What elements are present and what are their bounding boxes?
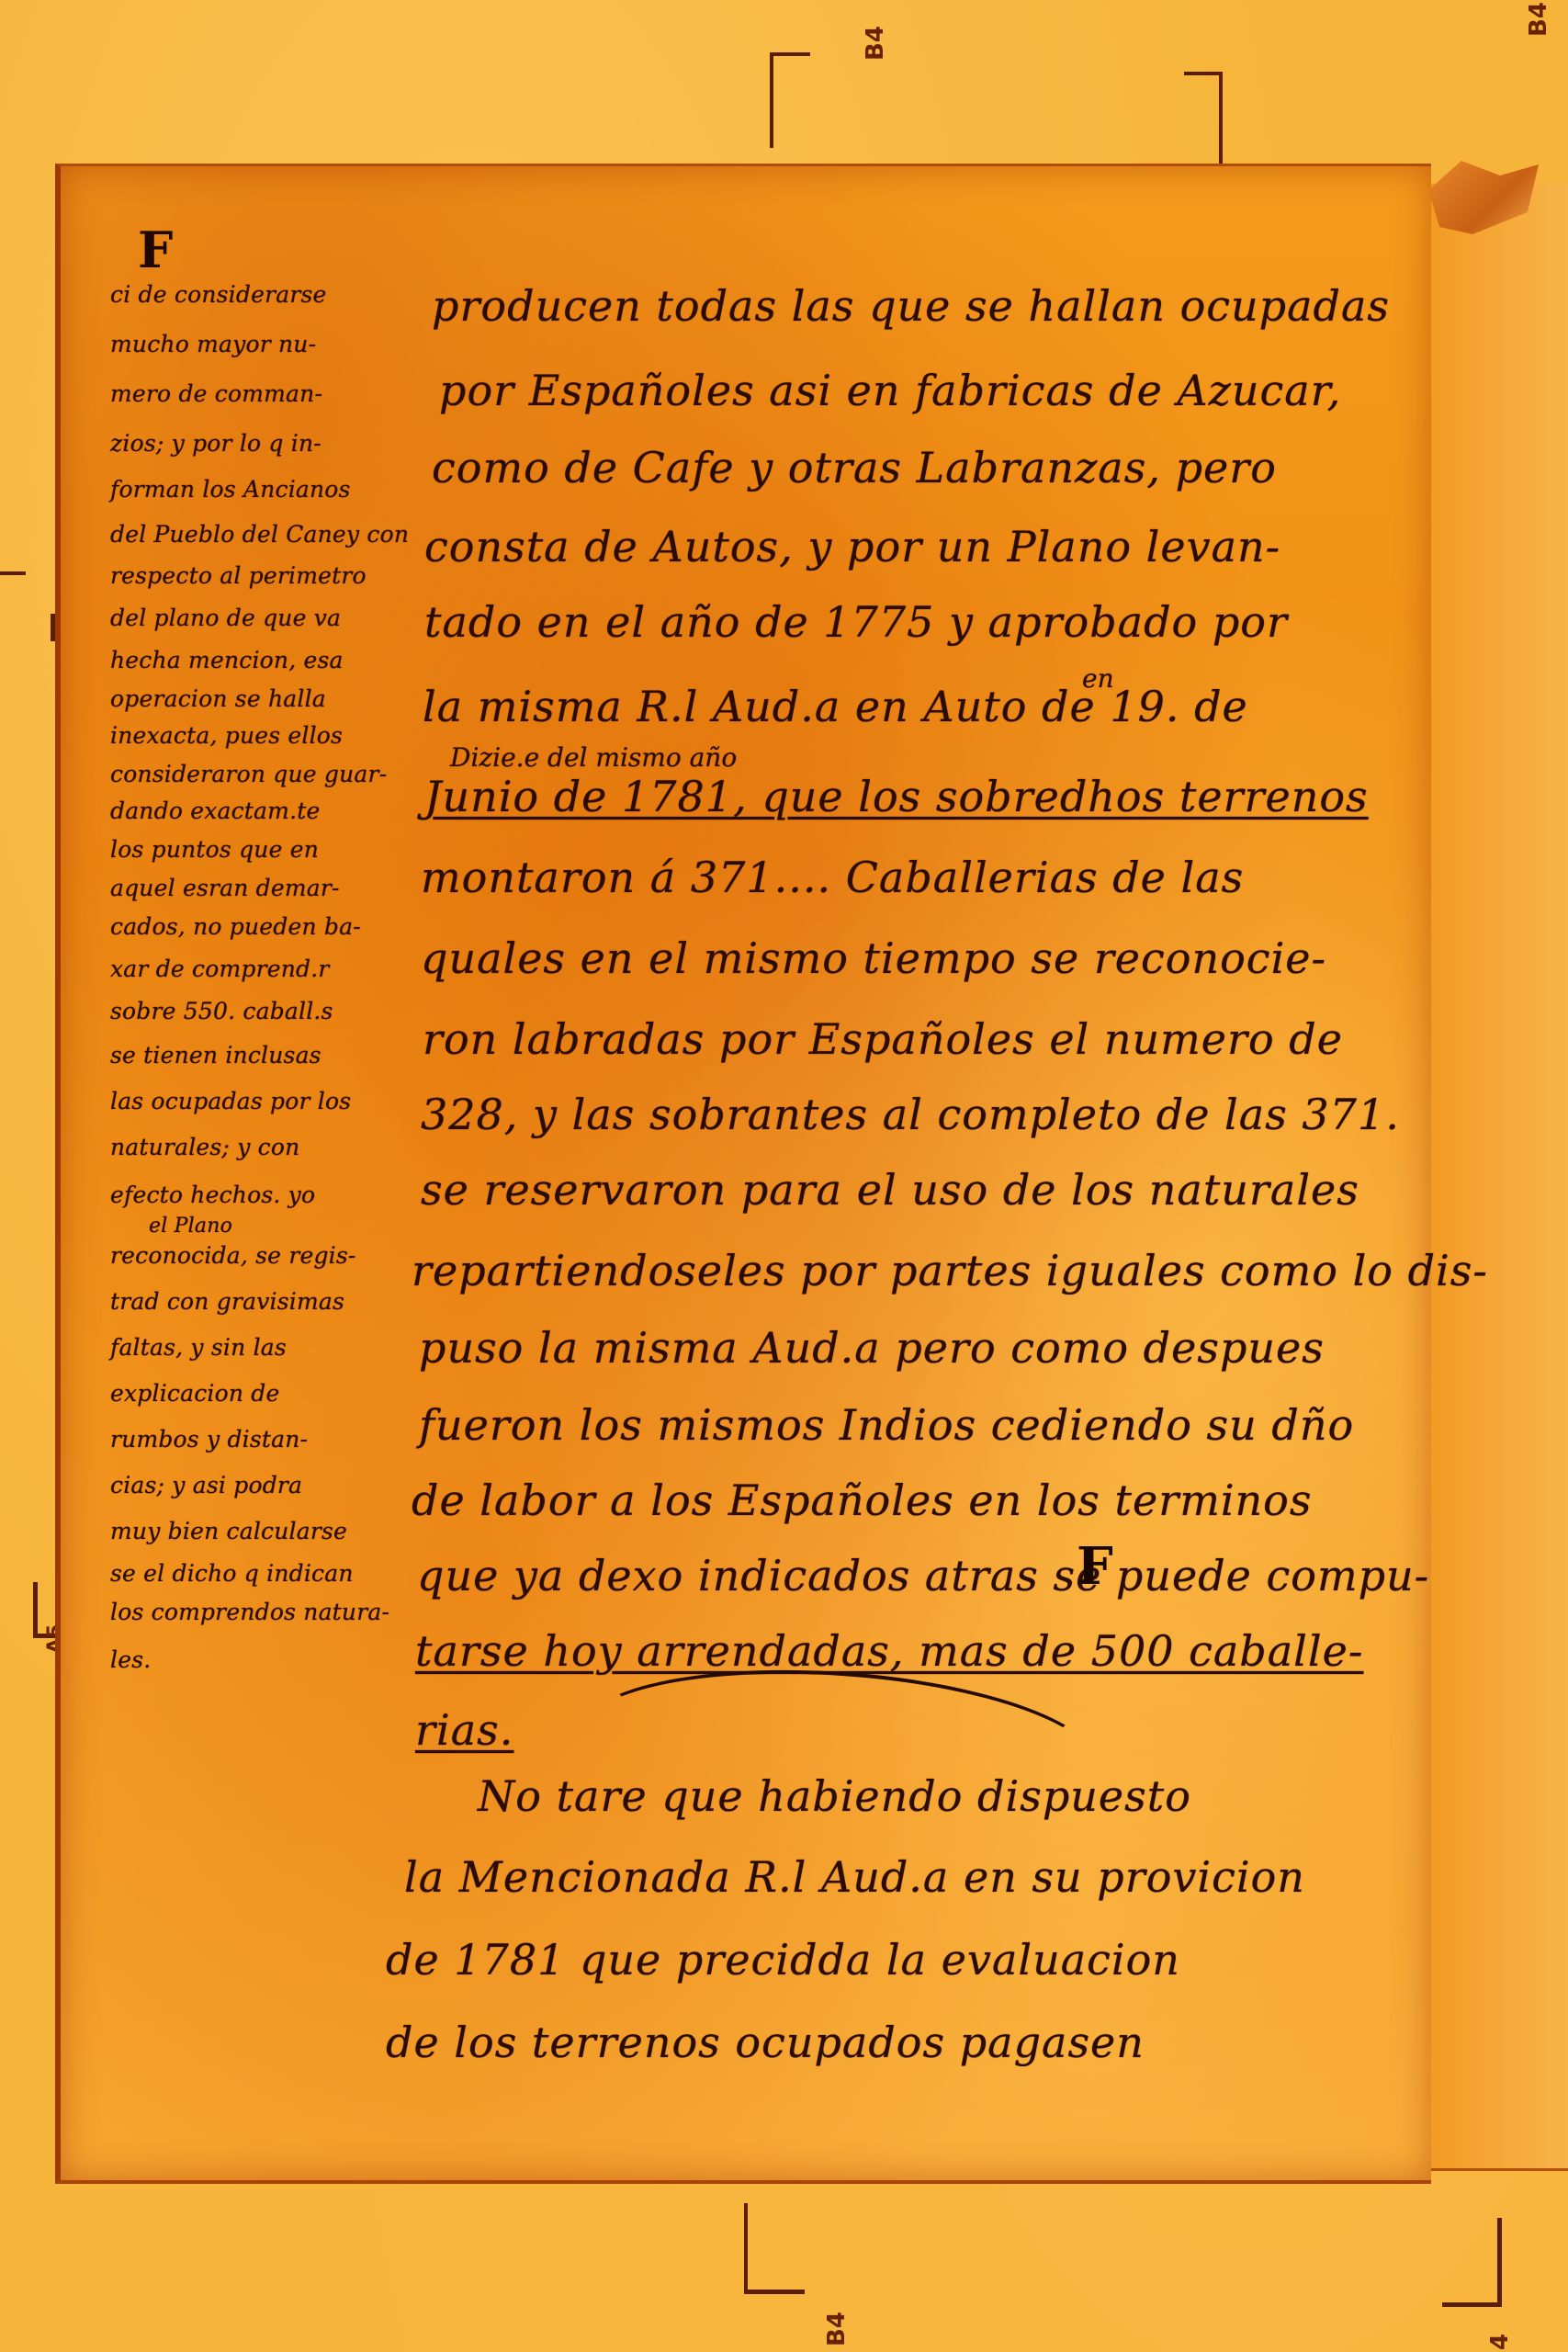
main-text-line: que ya dexo indicados atras se puede com…	[417, 1551, 1429, 1600]
margin-line: faltas, y sin las	[110, 1334, 287, 1361]
main-text-line: tarse hoy arrendadas, mas de 500 caballe…	[415, 1626, 1363, 1676]
margin-line: aquel esran demar-	[110, 875, 340, 901]
main-text-line: por Españoles asi en fabricas de Azucar,	[439, 366, 1341, 415]
main-text-line: tado en el año de 1775 y aprobado por	[424, 597, 1288, 647]
margin-line: del Pueblo del Caney con	[110, 521, 409, 548]
main-text-line: como de Cafe y otras Labranzas, pero	[432, 443, 1277, 492]
main-text-line: 328, y las sobrantes al completo de las …	[421, 1090, 1400, 1139]
main-text-line: rias.	[415, 1705, 513, 1755]
paragraph2-line: No tare que habiendo dispuesto	[478, 1771, 1191, 1821]
margin-line: mucho mayor nu-	[110, 331, 316, 357]
margin-line: las ocupadas por los	[110, 1088, 351, 1114]
margin-line: cias; y asi podra	[110, 1472, 302, 1498]
margin-line: efecto hechos. yo	[110, 1182, 315, 1208]
margin-line: reconocida, se regis-	[110, 1242, 356, 1269]
margin-initial-letter: F	[138, 220, 173, 279]
margin-line: los puntos que en	[110, 836, 319, 863]
crop-mark-top-right	[1184, 72, 1223, 167]
crop-mark-bottom-right	[1442, 2218, 1502, 2307]
margin-line: respecto al perimetro	[110, 562, 367, 589]
margin-line: del plano de que va	[110, 605, 341, 631]
main-text-line: se reservaron para el uso de los natural…	[421, 1165, 1359, 1215]
main-text-line: puso la misma Aud.a pero como despues	[419, 1323, 1325, 1373]
margin-line: muy bien calcularse	[110, 1518, 347, 1544]
paragraph2-line: la Mencionada R.l Aud.a en su provicion	[404, 1852, 1305, 1902]
margin-line: sobre 550. caball.s	[110, 998, 333, 1024]
registration-label-top-center: B4	[862, 26, 889, 61]
main-text-line: montaron á 371.... Caballerias de las	[421, 853, 1244, 902]
margin-line: operacion se halla	[110, 685, 326, 712]
cross-reference-marker: F	[1077, 1536, 1113, 1597]
margin-line: rumbos y distan-	[110, 1426, 308, 1453]
adjacent-page-edge	[1426, 184, 1568, 2171]
margin-line: hecha mencion, esa	[110, 647, 344, 673]
interlinear-note: Dizie.e del mismo año	[450, 742, 737, 773]
margin-line: forman los Ancianos	[110, 476, 351, 503]
crop-mark-bottom-center	[744, 2203, 805, 2294]
paragraph2-line: de 1781 que precidda la evaluacion	[386, 1935, 1180, 1984]
registration-label-bottom-center: B4	[823, 2312, 851, 2346]
margin-line: trad con gravisimas	[110, 1288, 344, 1315]
main-text-line: Junio de 1781, que los sobredhos terreno…	[424, 772, 1369, 821]
crop-mark-top-center	[770, 52, 810, 148]
main-text-line: repartiendoseles por partes iguales como…	[412, 1246, 1488, 1295]
margin-line: se tienen inclusas	[110, 1042, 321, 1069]
margin-line: el Plano	[149, 1215, 232, 1238]
margin-line: dando exactam.te	[110, 797, 320, 824]
margin-line: xar de comprend.r	[110, 955, 330, 982]
margin-line: consideraron que guar-	[110, 761, 387, 787]
main-text-line: producen todas las que se hallan ocupada…	[432, 281, 1390, 331]
main-text-line: de labor a los Españoles en los terminos	[412, 1476, 1312, 1525]
margin-line: inexacta, pues ellos	[110, 722, 343, 749]
margin-line: los comprendos natura-	[110, 1599, 389, 1625]
main-text-line: la misma R.l Aud.a en Auto de 19. de	[423, 682, 1248, 731]
margin-line: zios; y por lo q in-	[110, 430, 321, 457]
main-text-line: ron labradas por Españoles el numero de	[423, 1014, 1343, 1064]
crop-mark-left-top	[0, 571, 26, 575]
registration-label-top-right: B4	[1525, 2, 1552, 37]
main-text-line: fueron los mismos Indios cediendo su dño	[419, 1400, 1354, 1450]
margin-line: cados, no pueden ba-	[110, 913, 361, 940]
margin-line: explicacion de	[110, 1380, 280, 1407]
main-text-line: consta de Autos, y por un Plano levan-	[424, 522, 1280, 571]
margin-line: les.	[110, 1646, 151, 1673]
registration-label-bottom-right: 4	[1486, 2334, 1514, 2350]
margin-line: ci de considerarse	[110, 281, 327, 308]
paragraph2-line: de los terrenos ocupados pagasen	[386, 2018, 1145, 2067]
margin-line: se el dicho q indican	[110, 1560, 354, 1587]
margin-line: mero de comman-	[110, 380, 322, 407]
main-text-line: quales en el mismo tiempo se reconocie-	[421, 933, 1326, 983]
margin-line: naturales; y con	[110, 1134, 299, 1160]
